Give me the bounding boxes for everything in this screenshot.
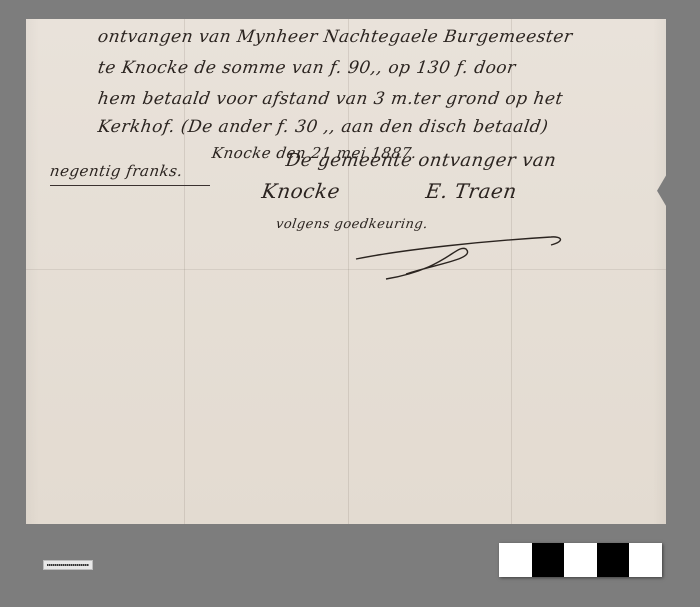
swatch-black (597, 543, 630, 577)
swatch-black (532, 543, 565, 577)
text-line-1: ontvangen van Mynheer Nachtegaele Burgem… (97, 27, 574, 47)
amount-in-words: negentig franks. (49, 162, 184, 180)
text-line-3: hem betaald voor afstand van 3 m.ter gro… (97, 89, 565, 109)
signature-name: E. Traen (424, 179, 518, 203)
signature-place: Knocke (260, 179, 341, 203)
swatch-white (564, 543, 597, 577)
document-page: ontvangen van Mynheer Nachtegaele Burgem… (26, 19, 666, 524)
swatch-white (629, 543, 662, 577)
text-line-2: te Knocke de somme van f. 90,, op 130 f.… (97, 58, 518, 78)
signature-flourish-icon (346, 219, 586, 289)
swatch-white (499, 543, 532, 577)
scan-label: barcode label (43, 560, 93, 570)
calibration-color-bar (499, 543, 662, 577)
text-line-4: Kerkhof. (De ander f. 30 ,, aan den disc… (97, 117, 550, 137)
barcode-icon: barcode label (47, 564, 89, 566)
amount-underline (50, 185, 210, 186)
receiver-line: De gemeente ontvanger van (285, 150, 558, 171)
